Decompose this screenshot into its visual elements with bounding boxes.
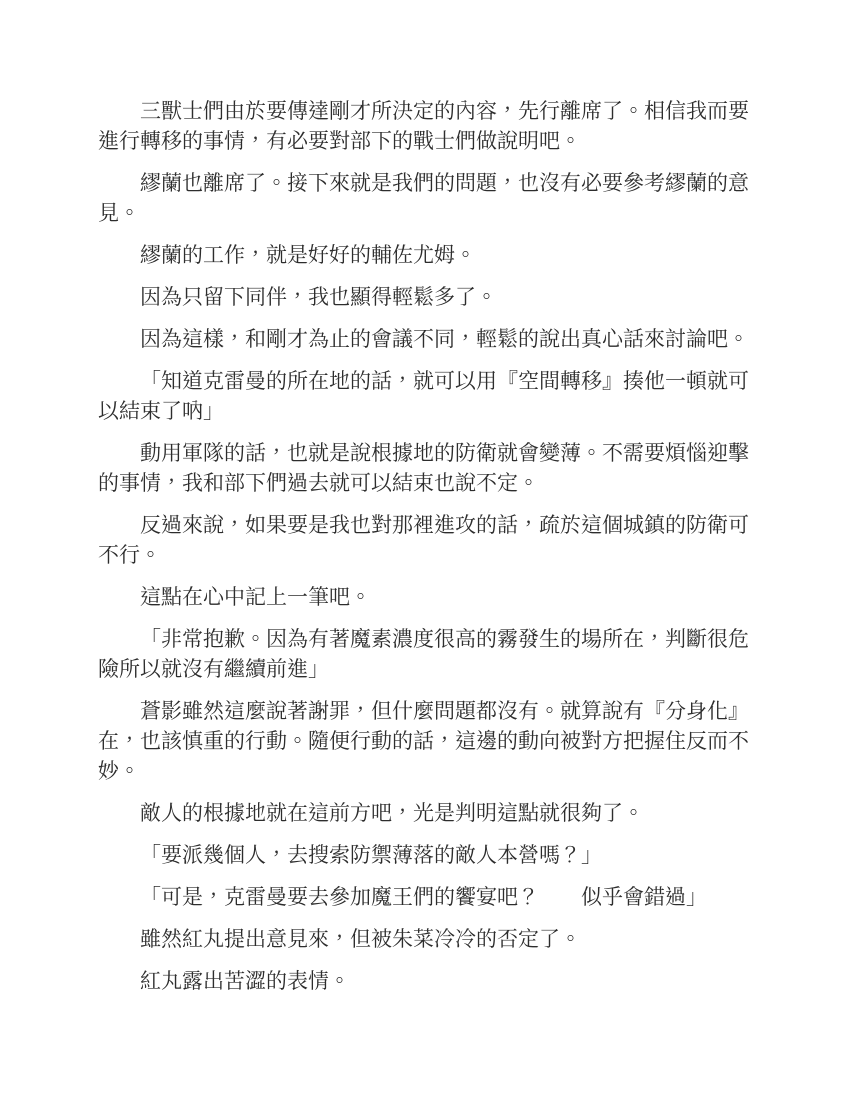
paragraph: 敵人的根據地就在這前方吧，光是判明這點就很夠了。 (98, 798, 749, 828)
page-text: 三獸士們由於要傳達剛才所決定的內容，先行離席了。相信我而要進行轉移的事情，有必要… (0, 0, 850, 996)
paragraph: 紅丸露出苦澀的表情。 (98, 966, 749, 996)
paragraph: 繆蘭也離席了。接下來就是我們的問題，也沒有必要參考繆蘭的意見。 (98, 168, 749, 228)
dialogue-paragraph: 「非常抱歉。因為有著魔素濃度很高的霧發生的場所在，判斷很危險所以就沒有繼續前進」 (98, 624, 749, 684)
paragraph: 因為只留下同伴，我也顯得輕鬆多了。 (98, 282, 749, 312)
paragraph: 繆蘭的工作，就是好好的輔佐尤姆。 (98, 240, 749, 270)
paragraph: 雖然紅丸提出意見來，但被朱菜冷冷的否定了。 (98, 924, 749, 954)
paragraph: 三獸士們由於要傳達剛才所決定的內容，先行離席了。相信我而要進行轉移的事情，有必要… (98, 96, 749, 156)
dialogue-paragraph: 「知道克雷曼的所在地的話，就可以用『空間轉移』揍他一頓就可以結束了吶」 (98, 366, 749, 426)
dialogue-paragraph: 「要派幾個人，去搜索防禦薄落的敵人本營嗎？」 (98, 840, 749, 870)
novel-page: 三獸士們由於要傳達剛才所決定的內容，先行離席了。相信我而要進行轉移的事情，有必要… (0, 0, 850, 1100)
paragraph: 反過來說，如果要是我也對那裡進攻的話，疏於這個城鎮的防衛可不行。 (98, 510, 749, 570)
paragraph: 這點在心中記上一筆吧。 (98, 582, 749, 612)
paragraph: 因為這樣，和剛才為止的會議不同，輕鬆的說出真心話來討論吧。 (98, 324, 749, 354)
paragraph: 動用軍隊的話，也就是說根據地的防衛就會變薄。不需要煩惱迎擊的事情，我和部下們過去… (98, 438, 749, 498)
paragraph: 蒼影雖然這麼說著謝罪，但什麼問題都沒有。就算說有『分身化』在，也該慎重的行動。隨… (98, 696, 749, 786)
dialogue-paragraph: 「可是，克雷曼要去參加魔王們的饗宴吧？ 似乎會錯過」 (98, 882, 749, 912)
